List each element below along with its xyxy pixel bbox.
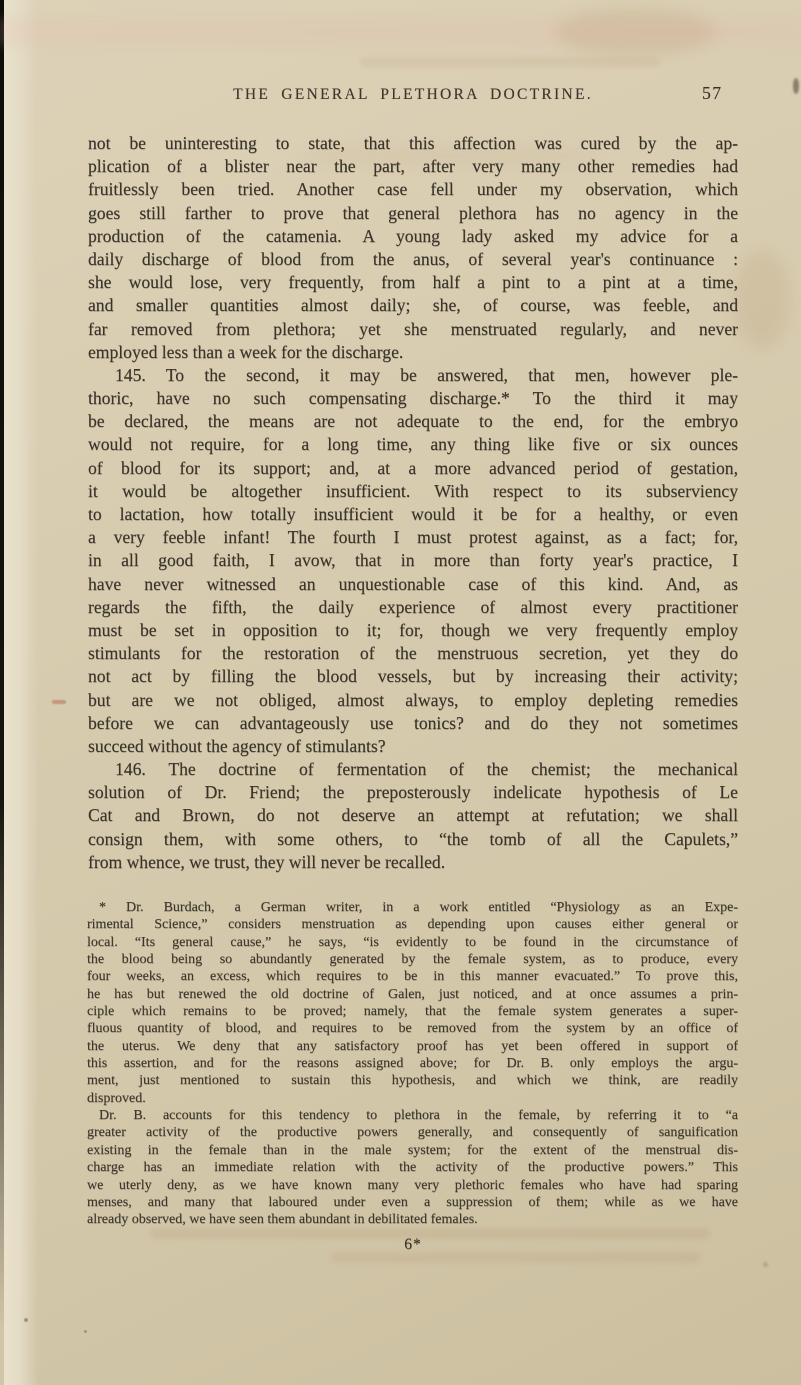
paper-speck bbox=[52, 700, 66, 704]
text-line: menses, and many that laboured under eve… bbox=[87, 1194, 738, 1211]
text-line: local. “Its general cause,” he says, “is… bbox=[87, 934, 738, 951]
text-line: rimental Science,” considers menstruatio… bbox=[87, 916, 738, 933]
paper-speck bbox=[24, 1318, 28, 1322]
text-line: in all good faith, I avow, that in more … bbox=[88, 549, 738, 572]
signature-mark: 6* bbox=[88, 1236, 738, 1254]
text-line: she would lose, very frequently, from ha… bbox=[88, 271, 738, 294]
text-line: be declared, the means are not adequate … bbox=[88, 410, 738, 433]
text-line: a very feeble infant! The fourth I must … bbox=[88, 526, 738, 549]
text-line: daily discharge of blood from the anus, … bbox=[88, 248, 738, 271]
text-line: ment, just mentioned to sustain this hyp… bbox=[87, 1072, 738, 1089]
text-line: not be uninteresting to state, that this… bbox=[88, 132, 738, 155]
text-line: it would be altogether insufficient. Wit… bbox=[88, 480, 738, 503]
text-line: four weeks, an excess, which requires to… bbox=[87, 968, 738, 985]
text-line: 146. The doctrine of fermentation of the… bbox=[88, 758, 738, 781]
text-line: the blood being so abundantly generated … bbox=[87, 951, 738, 968]
text-line: succeed without the agency of stimulants… bbox=[88, 735, 738, 758]
text-line: disproved. bbox=[87, 1090, 738, 1107]
text-line: far removed from plethora; yet she menst… bbox=[88, 318, 738, 341]
text-line: * Dr. Burdach, a German writer, in a wor… bbox=[87, 899, 738, 916]
text-line: thoric, have no such compensating discha… bbox=[88, 387, 738, 410]
text-line: Cat and Brown, do not deserve an attempt… bbox=[88, 804, 738, 827]
text-line: charge has an immediate relation with th… bbox=[87, 1159, 738, 1176]
text-line: consign them, with some others, to “the … bbox=[88, 828, 738, 851]
text-line: not act by filling the blood vessels, bu… bbox=[88, 665, 738, 688]
footnote: * Dr. Burdach, a German writer, in a wor… bbox=[87, 899, 738, 1229]
text-line: greater activity of the productive power… bbox=[87, 1124, 738, 1141]
text-line: production of the catamenia. A young lad… bbox=[88, 225, 738, 248]
running-title: THE GENERAL PLETHORA DOCTRINE. bbox=[88, 86, 738, 104]
text-line: but are we not obliged, almost always, t… bbox=[88, 689, 738, 712]
bleedthrough-ghost bbox=[360, 57, 660, 67]
text-line: solution of Dr. Friend; the preposterous… bbox=[88, 781, 738, 804]
text-line: fruitlessly been tried. Another case fel… bbox=[88, 178, 738, 201]
text-line: to lactation, how totally insufficient w… bbox=[88, 503, 738, 526]
text-line: he has but renewed the old doctrine of G… bbox=[87, 986, 738, 1003]
text-line: goes still farther to prove that general… bbox=[88, 202, 738, 225]
text-line: of blood for its support; and, at a more… bbox=[88, 457, 738, 480]
text-line: and smaller quantities almost daily; she… bbox=[88, 294, 738, 317]
text-line: existing in the female than in the male … bbox=[87, 1142, 738, 1159]
paper-speck bbox=[763, 1262, 768, 1267]
text-line: must be set in opposition to it; for, th… bbox=[88, 619, 738, 642]
text-line: stimulants for the restoration of the me… bbox=[88, 642, 738, 665]
book-page: THE GENERAL PLETHORA DOCTRINE. 57 not be… bbox=[0, 0, 801, 1385]
text-line: already observed, we have seen them abun… bbox=[87, 1211, 738, 1228]
page-number: 57 bbox=[702, 83, 738, 104]
text-line: from whence, we trust, they will never b… bbox=[88, 851, 738, 874]
text-line: employed less than a week for the discha… bbox=[88, 341, 738, 364]
text-line: 145. To the second, it may be answered, … bbox=[88, 364, 738, 387]
text-line: Dr. B. accounts for this tendency to ple… bbox=[87, 1107, 738, 1124]
page-edge bbox=[4, 0, 38, 1385]
text-line: regards the fifth, the daily experience … bbox=[88, 596, 738, 619]
paper-stain bbox=[733, 250, 791, 350]
text-line: have never witnessed an unquestionable c… bbox=[88, 573, 738, 596]
text-line: would not require, for a long time, any … bbox=[88, 433, 738, 456]
main-text: not be uninteresting to state, that this… bbox=[88, 132, 738, 874]
text-line: before we can advantageously use tonics?… bbox=[88, 712, 738, 735]
paper-speck bbox=[84, 1330, 87, 1333]
text-line: this assertion, and for the reasons assi… bbox=[87, 1055, 738, 1072]
text-line: ciple which remains to be proved; namely… bbox=[87, 1003, 738, 1020]
paper-speck bbox=[793, 78, 799, 94]
text-line: the uterus. We deny that any satisfactor… bbox=[87, 1038, 738, 1055]
paper-stain bbox=[555, 8, 715, 56]
text-line: plication of a blister near the part, af… bbox=[88, 155, 738, 178]
text-line: we uterly deny, as we have known many ve… bbox=[87, 1177, 738, 1194]
text-line: fluous quantity of blood, and requires t… bbox=[87, 1020, 738, 1037]
